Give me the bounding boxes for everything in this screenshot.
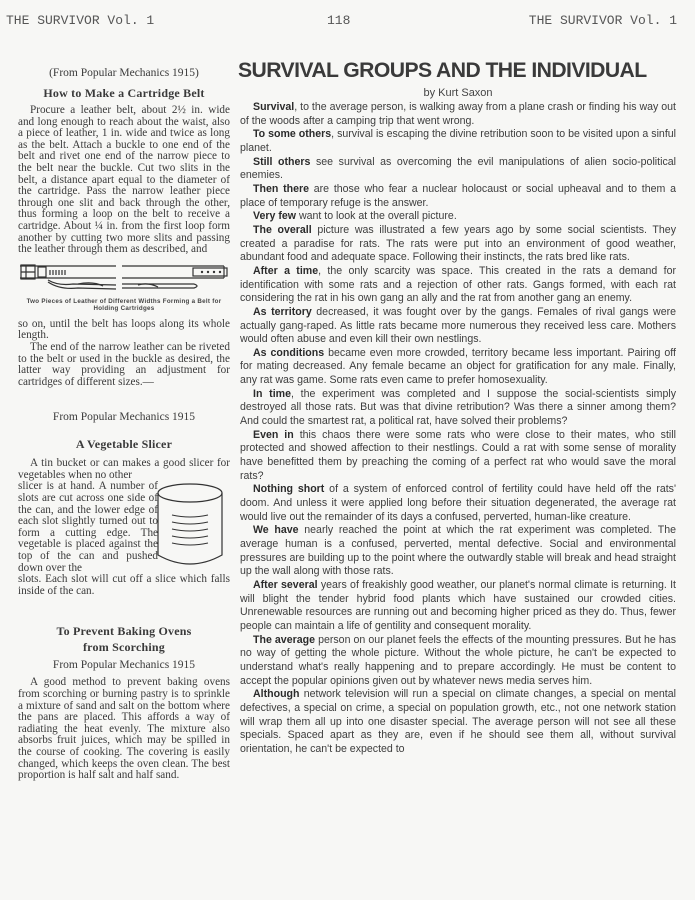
running-head-right: THE SURVIVOR Vol. 1 <box>529 13 677 28</box>
main-article-title: SURVIVAL GROUPS AND THE INDIVIDUAL <box>238 58 671 83</box>
paragraph-lead: Survival <box>253 101 294 113</box>
paragraph-lead: After a time <box>253 265 318 277</box>
article-paragraph: After a time, the only scarcity was spac… <box>240 265 676 306</box>
article-vegetable-slicer: From Popular Mechanics 1915 A Vegetable … <box>18 410 230 597</box>
article-paragraph: slots. Each slot will cut off a slice wh… <box>18 574 230 597</box>
paragraph-lead: To some others <box>253 128 331 140</box>
article-paragraph: After several years of freakishly good w… <box>240 579 676 634</box>
article-title: A Vegetable Slicer <box>18 436 230 452</box>
article-source: (From Popular Mechanics 1915) <box>18 66 230 81</box>
left-column: (From Popular Mechanics 1915) How to Mak… <box>18 60 230 782</box>
article-paragraph: so on, until the belt has loops along it… <box>18 319 230 342</box>
article-paragraph: Survival, to the average person, is walk… <box>240 101 676 128</box>
paragraph-text: want to look at the overall picture. <box>296 210 457 222</box>
paragraph-lead: Nothing short <box>253 483 324 495</box>
page-header: THE SURVIVOR Vol. 1 118 THE SURVIVOR Vol… <box>0 13 695 31</box>
paragraph-text: , to the average person, is walking away… <box>240 101 676 127</box>
paragraph-lead: Still others <box>253 156 310 168</box>
cartridge-belt-illustration-icon <box>18 262 230 294</box>
paragraph-lead: Then there <box>253 183 309 195</box>
slicer-figure-wrap: slicer is at hand. A number of slots are… <box>18 481 230 574</box>
paragraph-lead: We have <box>253 524 299 536</box>
paragraph-lead: Although <box>253 688 299 700</box>
slotted-can-illustration-icon <box>150 481 230 571</box>
main-article-byline: by Kurt Saxon <box>238 87 678 99</box>
article-paragraph: Procure a leather belt, about 2½ in. wid… <box>18 105 230 256</box>
paragraph-lead: As conditions <box>253 347 324 359</box>
paragraph-lead: Even in <box>253 429 294 441</box>
article-paragraph: The overall picture was illustrated a fe… <box>240 224 676 265</box>
article-source: From Popular Mechanics 1915 <box>18 658 230 673</box>
article-paragraph: We have nearly reached the point at whic… <box>240 524 676 579</box>
paragraph-lead: After several <box>253 579 318 591</box>
article-title: To Prevent Baking Ovens <box>18 623 230 639</box>
article-paragraph: A good method to prevent baking ovens fr… <box>18 677 230 781</box>
paragraph-text: this chaos there were some rats who were… <box>240 429 676 482</box>
article-paragraph: In time, the experiment was completed an… <box>240 388 676 429</box>
article-baking-ovens: To Prevent Baking Ovens from Scorching F… <box>18 623 230 781</box>
article-source: From Popular Mechanics 1915 <box>18 410 230 425</box>
article-title: How to Make a Cartridge Belt <box>18 85 230 101</box>
paragraph-lead: As territory <box>253 306 312 318</box>
article-paragraph: To some others, survival is escaping the… <box>240 128 676 155</box>
paragraph-text: , the experiment was completed and I sup… <box>240 388 676 427</box>
page-number: 118 <box>327 13 350 28</box>
article-title-line2: from Scorching <box>18 639 230 655</box>
article-paragraph: Nothing short of a system of enforced co… <box>240 483 676 524</box>
paragraph-lead: The average <box>253 634 315 646</box>
main-article-body: Survival, to the average person, is walk… <box>240 101 676 757</box>
paragraph-lead: The overall <box>253 224 312 236</box>
figure-caption: Two Pieces of Leather of Different Width… <box>18 298 230 313</box>
article-paragraph: A tin bucket or can makes a good slicer … <box>18 458 230 481</box>
article-paragraph: The average person on our planet feels t… <box>240 634 676 689</box>
running-head-left: THE SURVIVOR Vol. 1 <box>6 13 154 28</box>
paragraph-text: nearly reached the point at which the ra… <box>240 524 676 577</box>
paragraph-text: network television will run a special on… <box>240 688 676 755</box>
article-paragraph: Very few want to look at the overall pic… <box>240 210 676 224</box>
article-paragraph: The end of the narrow leather can be riv… <box>18 342 230 388</box>
article-paragraph-wrapped: slicer is at hand. A number of slots are… <box>18 481 158 574</box>
article-paragraph: Then there are those who fear a nuclear … <box>240 183 676 210</box>
paragraph-lead: Very few <box>253 210 296 222</box>
article-paragraph: As conditions became even more crowded, … <box>240 347 676 388</box>
article-cartridge-belt: (From Popular Mechanics 1915) How to Mak… <box>18 66 230 388</box>
paragraph-lead: In time <box>253 388 291 400</box>
article-paragraph: As territory decreased, it was fought ov… <box>240 306 676 347</box>
article-paragraph: Even in this chaos there were some rats … <box>240 429 676 484</box>
article-paragraph: Still others see survival as overcoming … <box>240 156 676 183</box>
article-paragraph: Although network television will run a s… <box>240 688 676 756</box>
